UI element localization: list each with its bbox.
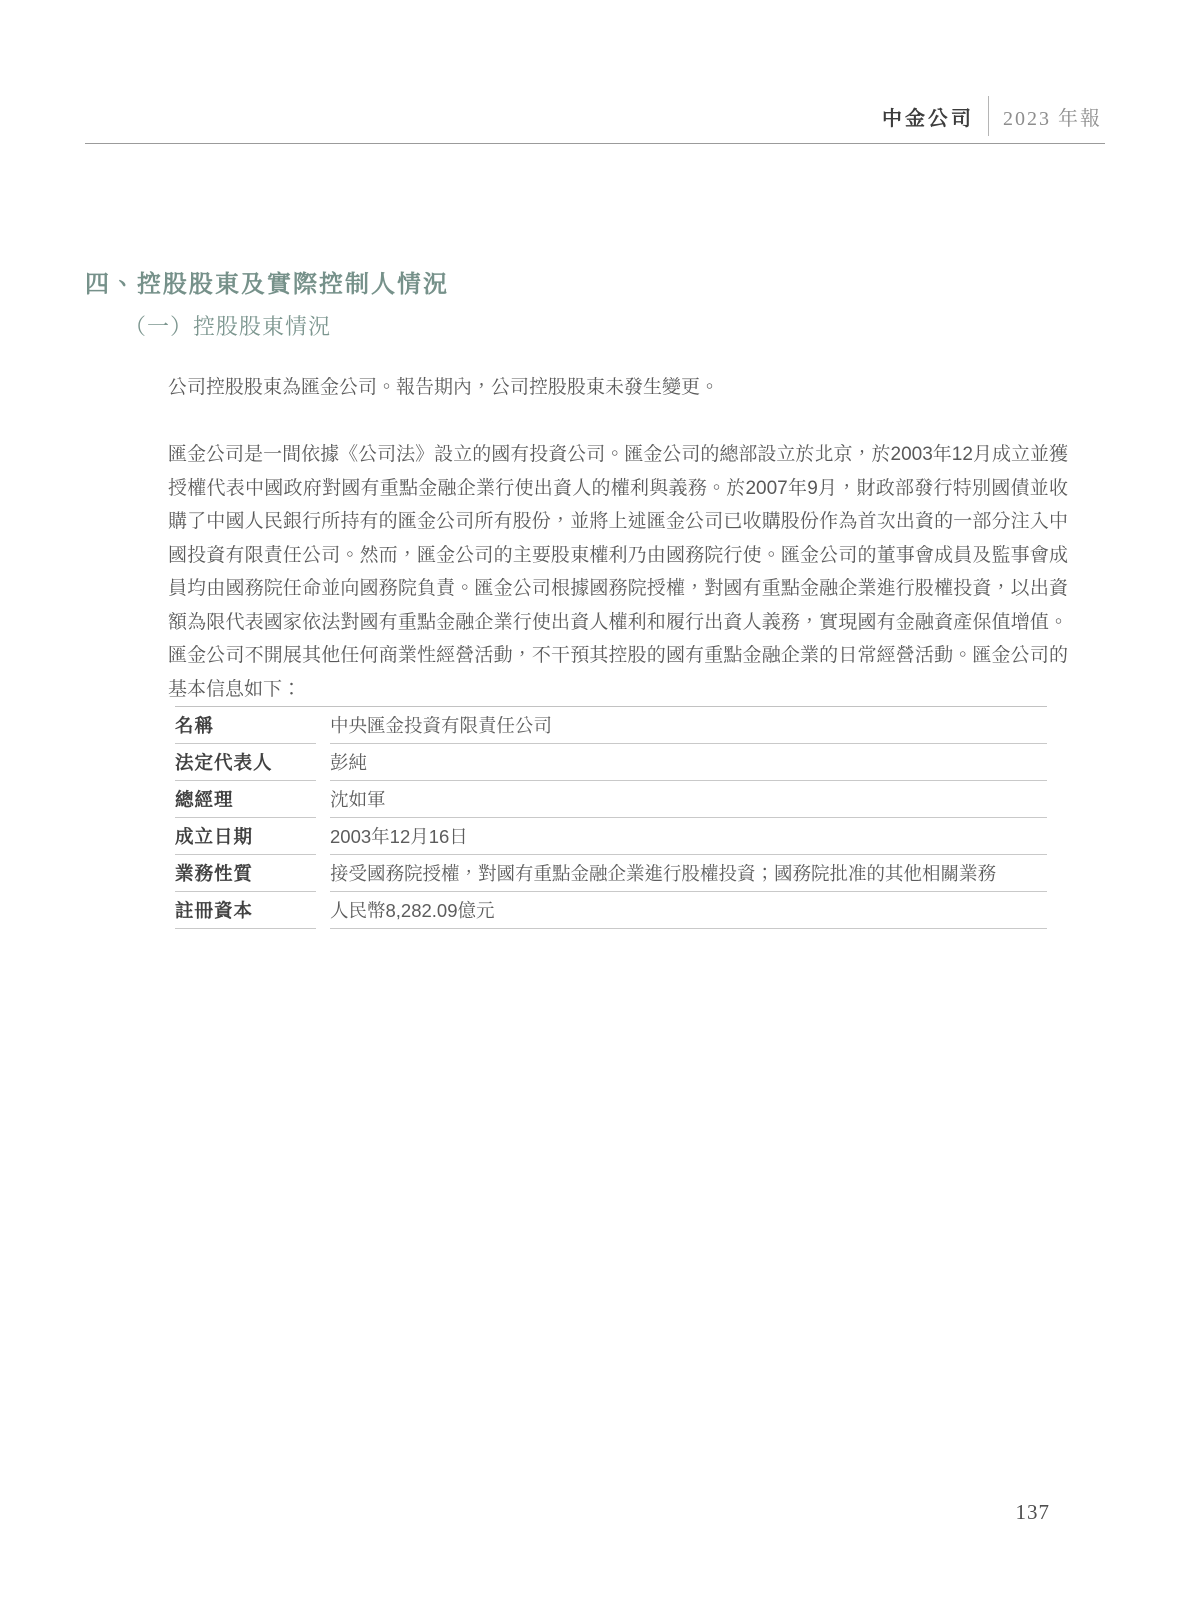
- row-label: 註冊資本: [175, 892, 316, 929]
- report-page: 中金公司 2023 年報 四、控股股東及實際控制人情況 （一）控股股東情況 公司…: [0, 0, 1190, 1615]
- huijin-basic-info-table: 名稱 中央匯金投資有限責任公司 法定代表人 彭純 總經理 沈如軍 成立日期 20…: [175, 706, 1047, 929]
- table-row: 法定代表人 彭純: [175, 744, 1047, 781]
- row-value: 沈如軍: [330, 781, 1047, 818]
- running-header: 中金公司 2023 年報: [85, 96, 1102, 136]
- section-title: 四、控股股東及實際控制人情況: [85, 264, 449, 299]
- row-value: 接受國務院授權，對國有重點金融企業進行股權投資；國務院批准的其他相關業務: [330, 855, 1047, 892]
- page-number: 137: [1016, 1500, 1051, 1525]
- table-row: 註冊資本 人民幣8,282.09億元: [175, 892, 1047, 929]
- row-value: 2003年12月16日: [330, 818, 1047, 855]
- table-row: 業務性質 接受國務院授權，對國有重點金融企業進行股權投資；國務院批准的其他相關業…: [175, 855, 1047, 892]
- row-label: 成立日期: [175, 818, 316, 855]
- table-row: 名稱 中央匯金投資有限責任公司: [175, 707, 1047, 744]
- row-label: 名稱: [175, 707, 316, 744]
- report-edition: 2023 年報: [1003, 102, 1102, 131]
- row-label: 總經理: [175, 781, 316, 818]
- row-label: 法定代表人: [175, 744, 316, 781]
- paragraph-controlling-shareholder: 公司控股股東為匯金公司。報告期內，公司控股股東未發生變更。: [168, 371, 1068, 404]
- table-row: 成立日期 2003年12月16日: [175, 818, 1047, 855]
- paragraph-huijin-description: 匯金公司是一間依據《公司法》設立的國有投資公司。匯金公司的總部設立於北京，於20…: [168, 438, 1068, 706]
- header-divider: [988, 96, 989, 136]
- company-name: 中金公司: [882, 102, 974, 131]
- subsection-title: （一）控股股東情況: [124, 310, 331, 341]
- row-value: 人民幣8,282.09億元: [330, 892, 1047, 929]
- table-row: 總經理 沈如軍: [175, 781, 1047, 818]
- row-value: 中央匯金投資有限責任公司: [330, 707, 1047, 744]
- header-rule: [85, 143, 1105, 144]
- row-value: 彭純: [330, 744, 1047, 781]
- row-label: 業務性質: [175, 855, 316, 892]
